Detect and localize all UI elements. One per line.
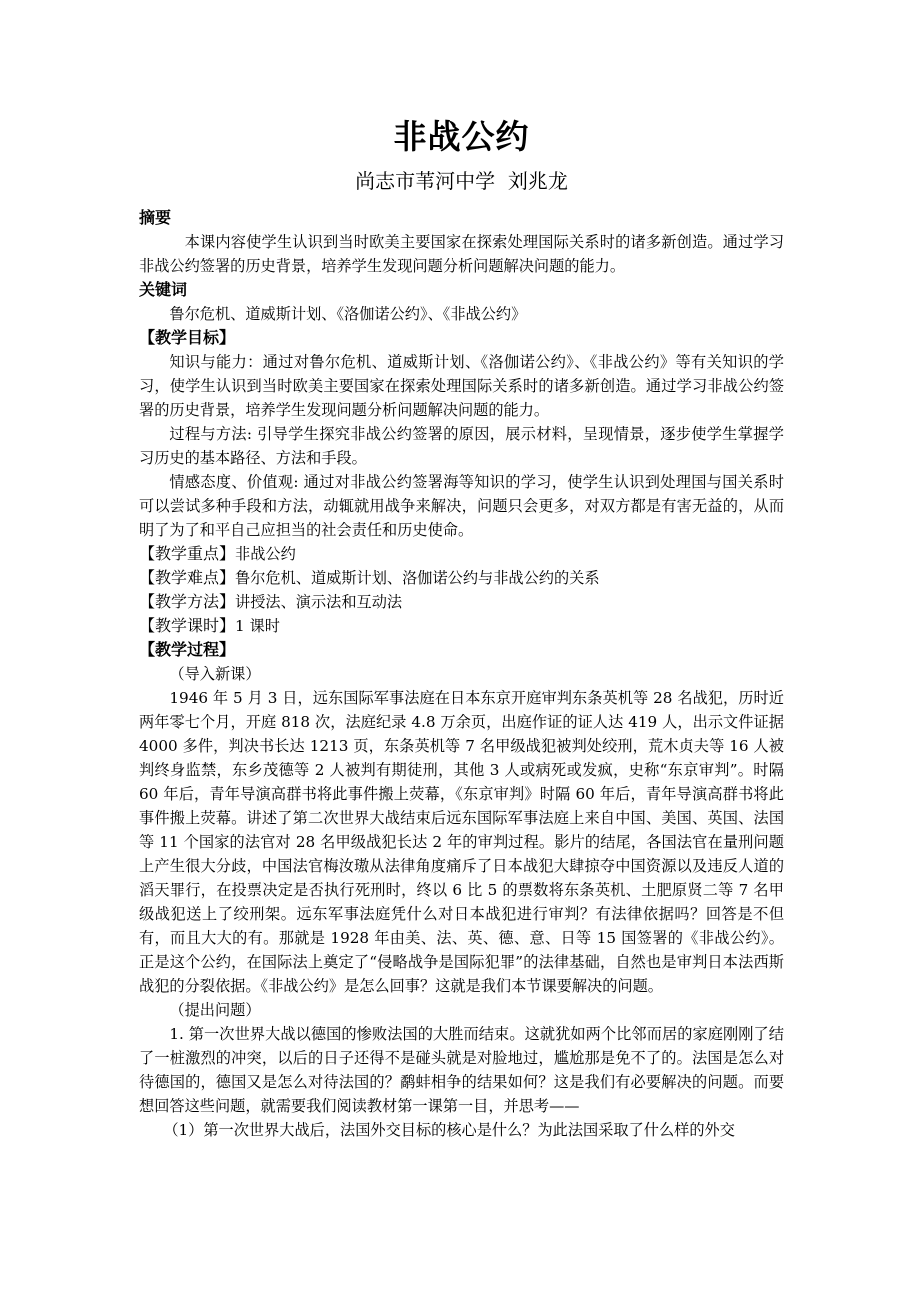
keywords-text: 鲁尔危机、道威斯计划、《洛伽诺公约》、《非战公约》 bbox=[139, 302, 784, 326]
difficulty-value: 鲁尔危机、道威斯计划、洛伽诺公约与非战公约的关系 bbox=[235, 569, 600, 587]
key-point-label: 【教学重点】 bbox=[139, 544, 235, 563]
intro-text: 1946 年 5 月 3 日，远东国际军事法庭在日本东京开庭审判东条英机等 28… bbox=[139, 686, 784, 998]
difficulty-label: 【教学难点】 bbox=[139, 568, 235, 587]
abstract-text: 本课内容使学生认识到当时欧美主要国家在探索处理国际关系时的诸多新创造。通过学习非… bbox=[139, 230, 784, 278]
hours-label: 【教学课时】 bbox=[139, 616, 235, 635]
document-title: 非战公约 bbox=[139, 114, 784, 160]
question-label: （提出问题） bbox=[139, 998, 784, 1022]
objective-knowledge: 知识与能力：通过对鲁尔危机、道威斯计划、《洛伽诺公约》、《非战公约》等有关知识的… bbox=[139, 350, 784, 422]
key-point-row: 【教学重点】非战公约 bbox=[139, 542, 784, 566]
sub-question: （1）第一次世界大战后，法国外交目标的核心是什么？为此法国采取了什么样的外交 bbox=[139, 1118, 784, 1142]
author-line: 尚志市苇河中学 刘兆龙 bbox=[139, 166, 784, 196]
method-label: 【教学方法】 bbox=[139, 592, 235, 611]
key-point-value: 非战公约 bbox=[235, 545, 296, 563]
keywords-heading: 关键词 bbox=[139, 278, 784, 302]
hours-value: 1 课时 bbox=[235, 617, 280, 635]
hours-row: 【教学课时】1 课时 bbox=[139, 614, 784, 638]
objectives-heading: 【教学目标】 bbox=[139, 326, 784, 350]
question-text: 1. 第一次世界大战以德国的惨败法国的大胜而结束。这就犹如两个比邻而居的家庭刚刚… bbox=[139, 1022, 784, 1118]
method-value: 讲授法、演示法和互动法 bbox=[235, 593, 402, 611]
intro-label: （导入新课） bbox=[139, 662, 784, 686]
objective-process: 过程与方法: 引导学生探究非战公约签署的原因，展示材料，呈现情景，逐步使学生掌握… bbox=[139, 422, 784, 470]
difficulty-row: 【教学难点】鲁尔危机、道威斯计划、洛伽诺公约与非战公约的关系 bbox=[139, 566, 784, 590]
objective-emotion: 情感态度、价值观: 通过对非战公约签署海等知识的学习，使学生认识到处理国与国关系… bbox=[139, 470, 784, 542]
process-heading: 【教学过程】 bbox=[139, 638, 784, 662]
document-body: 摘要 本课内容使学生认识到当时欧美主要国家在探索处理国际关系时的诸多新创造。通过… bbox=[139, 206, 784, 1142]
abstract-heading: 摘要 bbox=[139, 206, 784, 230]
method-row: 【教学方法】讲授法、演示法和互动法 bbox=[139, 590, 784, 614]
